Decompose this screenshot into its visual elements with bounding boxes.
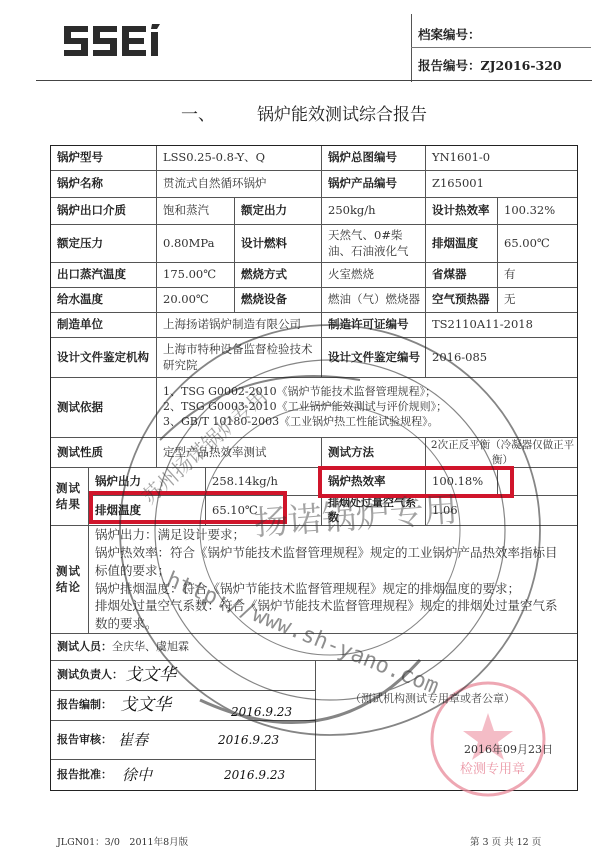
test-basis-item: 1、TSG G0002-2010《锅炉节能技术监督管理规程》；: [163, 385, 436, 400]
result-efficiency-label: 锅炉热效率: [322, 468, 426, 496]
reviewed-label: 报告审核：: [57, 733, 112, 748]
boiler-name-label: 锅炉名称: [51, 171, 157, 198]
compiled-label: 报告编制：: [57, 698, 112, 713]
exhaust-temp-value: 65.00℃: [498, 225, 577, 263]
combustion-equipment-value: 燃油（气）燃烧器: [322, 288, 426, 313]
report-table: 锅炉型号 LSS0.25-0.8-Y、Q 锅炉总图编号 YN1601-0 锅炉名…: [50, 145, 578, 791]
conclusion-text: 锅炉出力：满足设计要求； 锅炉热效率：符合《锅炉节能技术监督管理规程》规定的工业…: [89, 526, 577, 634]
page-info: 第 3 页 共 12 页: [470, 834, 541, 848]
results-label: 测试结果: [51, 468, 89, 526]
rated-output-value: 250kg/h: [322, 198, 426, 225]
testers-label: 测试人员：: [57, 640, 112, 655]
appraisal-no-label: 设计文件鉴定编号: [322, 338, 426, 378]
result-output-value: 258.14kg/h: [206, 468, 322, 496]
test-basis-item: 2、TSG G0003-2010《工业锅炉能效测试与评价规则》；: [163, 400, 447, 415]
title-number: 一、: [181, 100, 215, 125]
compiled-row: 报告编制： 戈文华 2016.9.23: [51, 691, 316, 721]
manufacturer-label: 制造单位: [51, 313, 157, 338]
header-divider-horizontal: [411, 47, 591, 48]
test-method-label: 测试方法: [322, 438, 426, 468]
boiler-model-value: LSS0.25-0.8-Y、Q: [157, 146, 322, 171]
conclusion-line: 锅炉排烟温度：符合《锅炉节能技术监督管理规程》规定的排烟温度的要求；: [95, 580, 520, 598]
conclusion-line: 排烟处过量空气系数：符合《锅炉节能技术监督管理规程》规定的排烟处过量空气系数的要…: [95, 597, 569, 633]
test-basis-item: 3、GB/T 10180-2003《工业锅炉热工性能试验规程》。: [163, 415, 439, 430]
test-nature-value: 定型产品热效率测试: [157, 438, 322, 468]
reviewed-signature: 崔春: [118, 730, 148, 750]
feedwater-temp-value: 20.00℃: [157, 288, 235, 313]
test-nature-label: 测试性质: [51, 438, 157, 468]
design-fuel-label: 设计燃料: [235, 225, 322, 263]
conclusion-line: 锅炉热效率：符合《锅炉节能技术监督管理规程》规定的工业锅炉产品热效率指标目标值的…: [95, 544, 569, 580]
result-excess-air-value: 1.06: [426, 496, 577, 526]
approved-row: 报告批准： 徐中 2016.9.23: [51, 760, 316, 790]
appraisal-no-value: 2016-085: [426, 338, 577, 378]
design-efficiency-label: 设计热效率: [426, 198, 498, 225]
outlet-medium-label: 锅炉出口介质: [51, 198, 157, 225]
approved-date: 2016.9.23: [224, 767, 285, 783]
form-code: JLGN01：3/0 2011年8月版: [57, 834, 188, 848]
test-lead-row: 测试负责人： 戈文华: [51, 661, 316, 691]
air-preheater-label: 空气预热器: [426, 288, 498, 313]
drawing-no-label: 锅炉总图编号: [322, 146, 426, 171]
result-output-label: 锅炉出力: [89, 468, 206, 496]
seal-note: （测试机构测试专用章或者公章）: [350, 690, 515, 706]
outlet-steam-temp-value: 175.00℃: [157, 263, 235, 288]
report-number-label: 报告编号：: [418, 58, 481, 73]
header-divider-vertical: [411, 14, 412, 82]
approved-signature: 徐中: [122, 765, 152, 785]
testers-value: 全庆华、虞旭霖: [112, 640, 189, 655]
result-exhaust-temp-label: 排烟温度: [89, 496, 206, 526]
product-no-label: 锅炉产品编号: [322, 171, 426, 198]
boiler-model-label: 锅炉型号: [51, 146, 157, 171]
conclusion-label: 测试结论: [51, 526, 89, 634]
combustion-mode-label: 燃烧方式: [235, 263, 322, 288]
reviewed-row: 报告审核： 崔春 2016.9.23: [51, 721, 316, 760]
seal-date: 2016年09月23日: [464, 741, 553, 757]
approved-label: 报告批准：: [57, 768, 112, 783]
result-efficiency-value: 100.18%: [426, 468, 498, 496]
boiler-name-value: 贯流式自然循环锅炉: [157, 171, 322, 198]
exhaust-temp-label: 排烟温度: [426, 225, 498, 263]
ssei-logo: [62, 22, 174, 60]
license-no-value: TS2110A11-2018: [426, 313, 577, 338]
manufacturer-value: 上海扬诺锅炉制造有限公司: [157, 313, 322, 338]
design-fuel-value: 天然气、0#柴油、石油液化气: [322, 225, 426, 263]
rated-pressure-value: 0.80MPa: [157, 225, 235, 263]
test-method-value: 2次正反平衡（冷凝器仅做正平衡）: [426, 438, 577, 468]
test-basis-list: 1、TSG G0002-2010《锅炉节能技术监督管理规程》； 2、TSG G0…: [157, 378, 577, 438]
seal-text: 检测专用章: [460, 758, 525, 777]
result-blank-cell: [498, 468, 577, 496]
result-exhaust-temp-value: 65.10℃: [206, 496, 322, 526]
reviewed-date: 2016.9.23: [218, 732, 279, 748]
combustion-mode-value: 火室燃烧: [322, 263, 426, 288]
test-basis-label: 测试依据: [51, 378, 157, 438]
economizer-value: 有: [498, 263, 577, 288]
outlet-medium-value: 饱和蒸汽: [157, 198, 235, 225]
product-no-value: Z165001: [426, 171, 577, 198]
compiled-date: 2016.9.23: [231, 704, 292, 720]
feedwater-temp-label: 给水温度: [51, 288, 157, 313]
economizer-label: 省煤器: [426, 263, 498, 288]
appraisal-org-label: 设计文件鉴定机构: [51, 338, 157, 378]
rated-output-label: 额定出力: [235, 198, 322, 225]
page-title: 一、锅炉能效测试综合报告: [0, 100, 608, 125]
archive-number: 档案编号：: [418, 25, 481, 43]
testers-row: 测试人员：全庆华、虞旭霖: [51, 634, 577, 661]
archive-number-label: 档案编号：: [418, 27, 481, 42]
result-excess-air-label: 排烟处过量空气系数: [322, 496, 426, 526]
drawing-no-value: YN1601-0: [426, 146, 577, 171]
seal-area: 检测专用章 （测试机构测试专用章或者公章） 2016年09月23日: [316, 661, 577, 790]
test-lead-label: 测试负责人：: [57, 668, 123, 683]
combustion-equipment-label: 燃烧设备: [235, 288, 322, 313]
license-no-label: 制造许可证编号: [322, 313, 426, 338]
conclusion-line: 锅炉出力：满足设计要求；: [95, 526, 245, 544]
design-efficiency-value: 100.32%: [498, 198, 577, 225]
outlet-steam-temp-label: 出口蒸汽温度: [51, 263, 157, 288]
appraisal-org-value: 上海市特种设备监督检验技术研究院: [157, 338, 322, 378]
rated-pressure-label: 额定压力: [51, 225, 157, 263]
report-number-value: ZJ2016-320: [481, 58, 562, 73]
compiled-signature: 戈文华: [120, 694, 171, 717]
report-number: 报告编号：ZJ2016-320: [418, 56, 562, 74]
header-baseline: [36, 80, 592, 81]
title-text: 锅炉能效测试综合报告: [257, 105, 427, 125]
test-lead-signature: 戈文华: [125, 664, 176, 687]
air-preheater-value: 无: [498, 288, 577, 313]
